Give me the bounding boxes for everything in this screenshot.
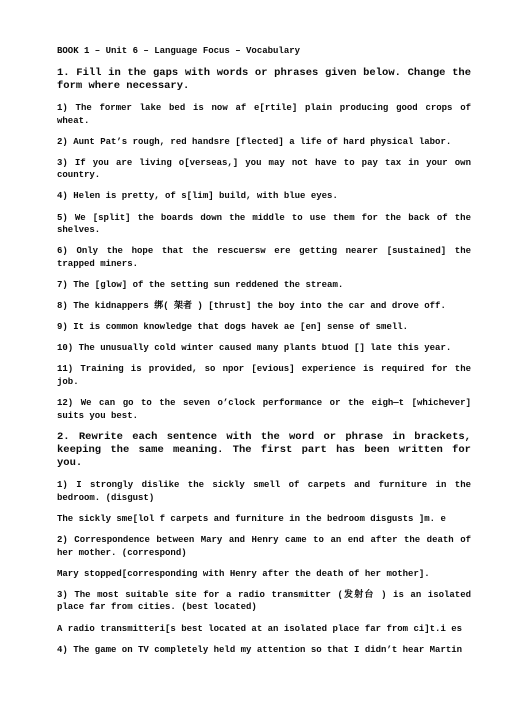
exercise-item-1-2: 2) Aunt Pat’s rough, red handsre [flecte…	[57, 136, 471, 149]
exercise-item-1-7: 7) The [glow] of the setting sun reddene…	[57, 279, 471, 292]
exercise-item-1-11: 11) Training is provided, so npor [eviou…	[57, 363, 471, 388]
section-1-heading: 1. Fill in the gaps with words or phrase…	[57, 67, 471, 93]
exercise-item-2-1: 1) I strongly dislike the sickly smell o…	[57, 479, 471, 504]
exercise-item-1-3: 3) If you are living o[verseas,] you may…	[57, 157, 471, 182]
exercise-item-2-2: 2) Correspondence between Mary and Henry…	[57, 534, 471, 559]
exercise-item-1-6: 6) Only the hope that the rescuersw ere …	[57, 245, 471, 270]
document-page: BOOK 1 – Unit 6 – Language Focus – Vocab…	[0, 0, 505, 714]
exercise-item-2-3: 3) The most suitable site for a radio tr…	[57, 589, 471, 614]
exercise-item-1-4: 4) Helen is pretty, of s[lim] build, wit…	[57, 190, 471, 203]
exercise-item-1-8: 8) The kidnappers 绑( 架者 ) [thrust] the b…	[57, 300, 471, 313]
exercise-item-1-9: 9) It is common knowledge that dogs have…	[57, 321, 471, 334]
exercise-item-1-10: 10) The unusually cold winter caused man…	[57, 342, 471, 355]
answer-line-2-2: Mary stopped[corresponding with Henry af…	[57, 568, 471, 581]
exercise-item-2-4: 4) The game on TV completely held my att…	[57, 644, 471, 657]
answer-line-2-1: The sickly sme[lol f carpets and furnitu…	[57, 513, 471, 526]
exercise-item-1-5: 5) We [split] the boards down the middle…	[57, 212, 471, 237]
answer-line-2-3: A radio transmitteri[s best located at a…	[57, 623, 471, 636]
section-2-heading: 2. Rewrite each sentence with the word o…	[57, 431, 471, 471]
exercise-item-1-1: 1) The former lake bed is now af e[rtile…	[57, 102, 471, 127]
doc-title: BOOK 1 – Unit 6 – Language Focus – Vocab…	[57, 45, 471, 58]
exercise-item-1-12: 12) We can go to the seven o’clock perfo…	[57, 397, 471, 422]
document-content: BOOK 1 – Unit 6 – Language Focus – Vocab…	[57, 45, 471, 665]
